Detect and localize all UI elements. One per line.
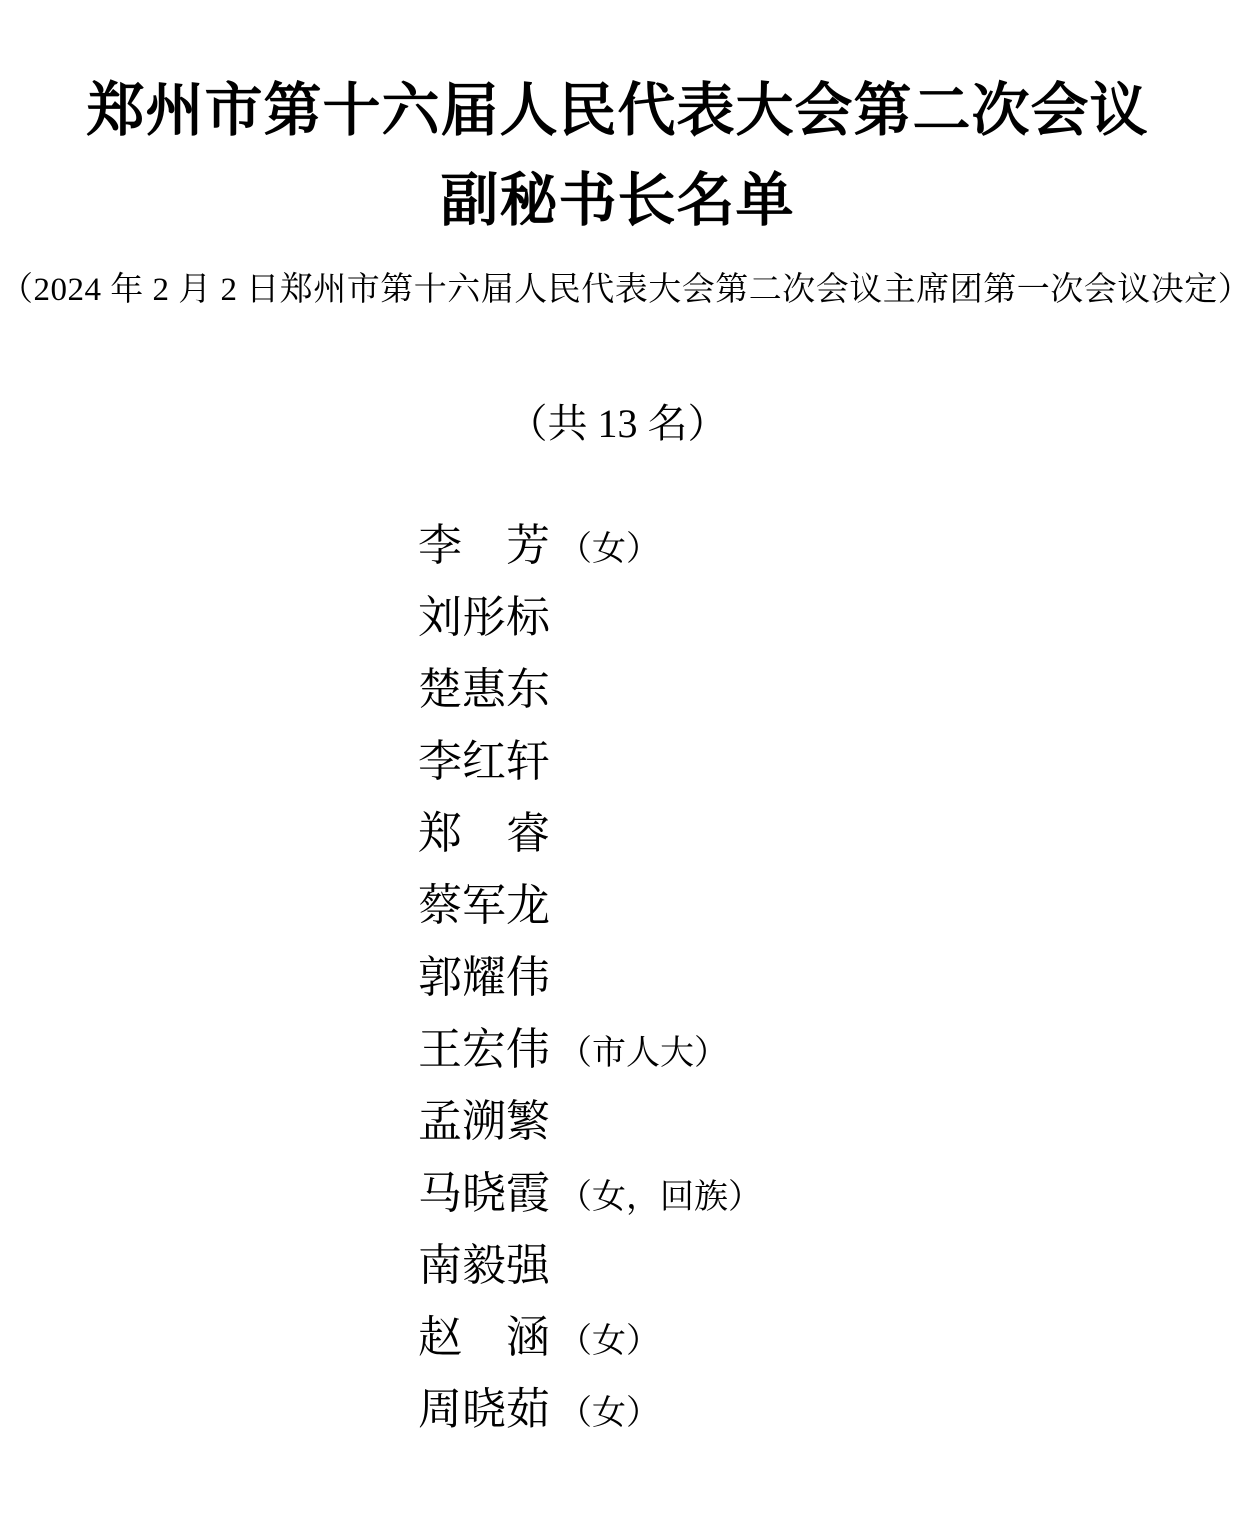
list-item: 郭耀伟 <box>418 942 1235 1014</box>
list-item: 赵 涵（女） <box>418 1302 1235 1374</box>
member-note: （女） <box>558 1323 660 1360</box>
list-item: 周晓茹（女） <box>418 1374 1235 1446</box>
member-count-note: （共 13 名） <box>0 398 1235 450</box>
member-note: （女，回族） <box>558 1179 762 1216</box>
list-item: 楚惠东 <box>418 654 1235 726</box>
member-note: （女） <box>558 1395 660 1432</box>
list-item: 郑 睿 <box>418 798 1235 870</box>
member-name: 王宏伟 <box>418 1014 550 1086</box>
list-item: 李 芳（女） <box>418 510 1235 582</box>
document-page: 郑州市第十六届人民代表大会第二次会议 副秘书长名单 （2024 年 2 月 2 … <box>0 0 1235 1540</box>
page-title-line1: 郑州市第十六届人民代表大会第二次会议 <box>86 78 1148 143</box>
member-note: （市人大） <box>558 1035 728 1072</box>
list-item: 孟溯繁 <box>418 1086 1235 1158</box>
page-title: 郑州市第十六届人民代表大会第二次会议 副秘书长名单 <box>0 0 1235 246</box>
member-name: 孟溯繁 <box>418 1086 550 1158</box>
member-name: 郑 睿 <box>418 798 550 870</box>
member-name: 李红轩 <box>418 726 550 798</box>
list-item: 马晓霞（女，回族） <box>418 1158 1235 1230</box>
member-name: 南毅强 <box>418 1230 550 1302</box>
member-name: 蔡军龙 <box>418 870 550 942</box>
member-name: 楚惠东 <box>418 654 550 726</box>
member-name: 李 芳 <box>418 510 550 582</box>
page-title-line2: 副秘书长名单 <box>440 168 794 233</box>
member-name: 郭耀伟 <box>418 942 550 1014</box>
member-note: （女） <box>558 531 660 568</box>
decision-subtitle: （2024 年 2 月 2 日郑州市第十六届人民代表大会第二次会议主席团第一次会… <box>0 268 1235 312</box>
list-item: 刘彤标 <box>418 582 1235 654</box>
member-name: 刘彤标 <box>418 582 550 654</box>
list-item: 王宏伟（市人大） <box>418 1014 1235 1086</box>
list-item: 南毅强 <box>418 1230 1235 1302</box>
member-name: 马晓霞 <box>418 1158 550 1230</box>
member-list: 李 芳（女） 刘彤标 楚惠东 李红轩 郑 睿 蔡军龙 郭耀伟 王宏伟（市人大） … <box>418 510 1235 1446</box>
member-name: 赵 涵 <box>418 1302 550 1374</box>
member-name: 周晓茹 <box>418 1374 550 1446</box>
list-item: 蔡军龙 <box>418 870 1235 942</box>
list-item: 李红轩 <box>418 726 1235 798</box>
